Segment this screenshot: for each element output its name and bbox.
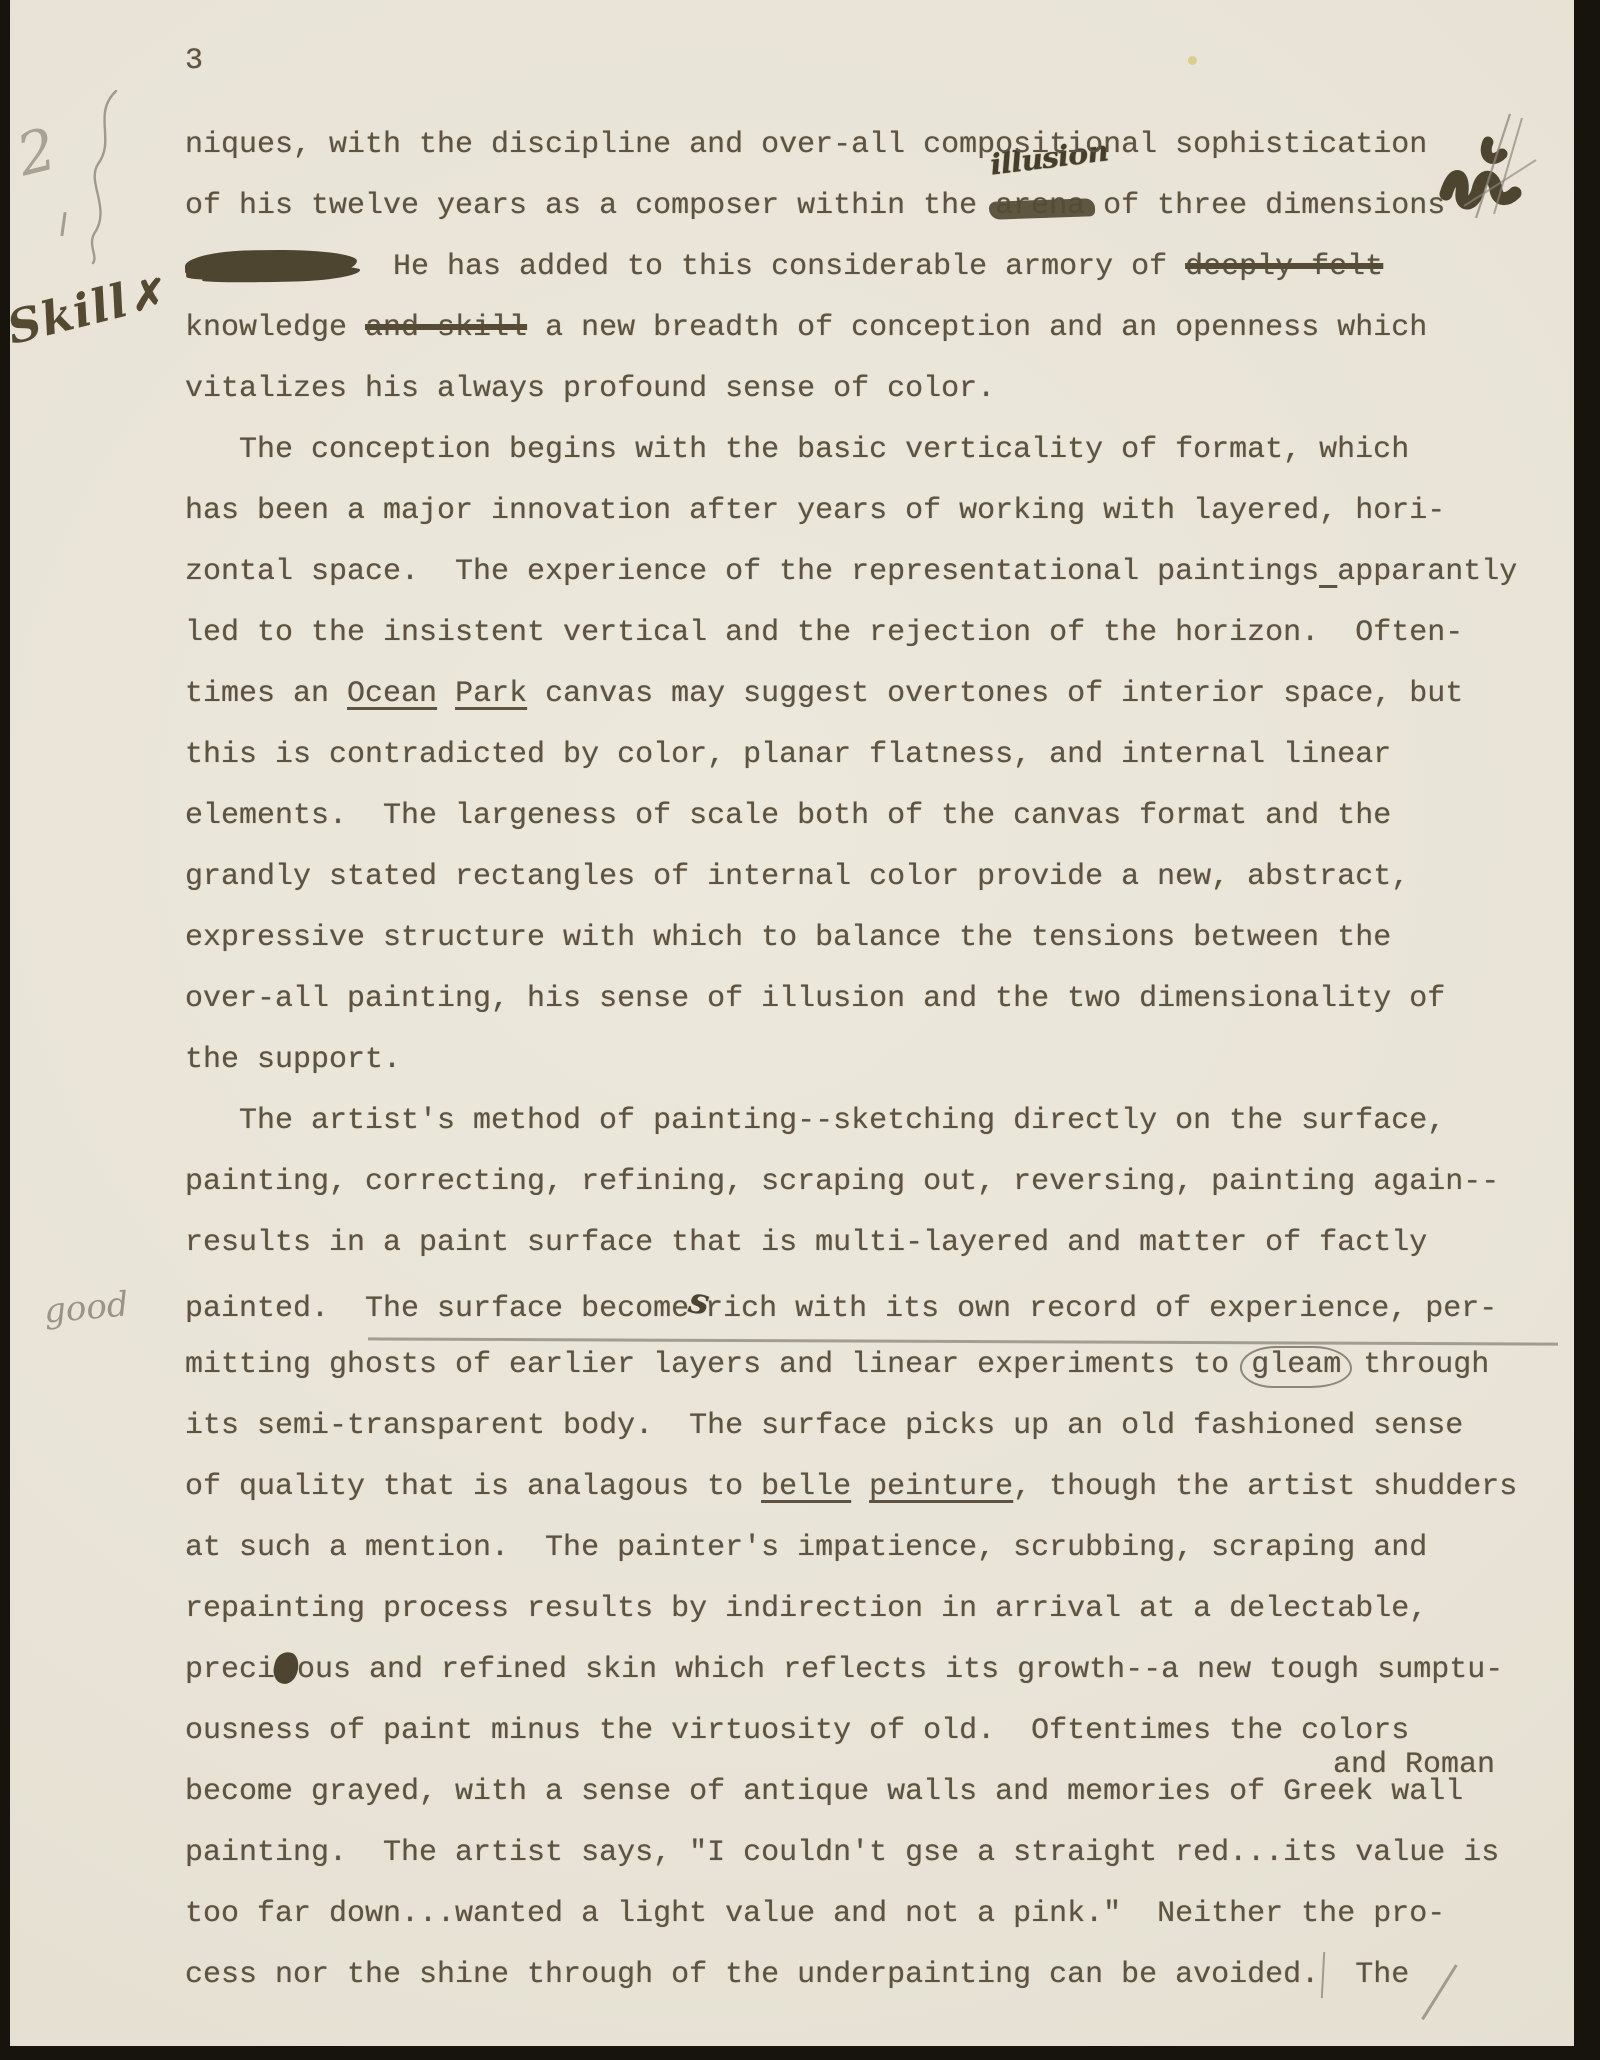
- typed-text: painting. The artist says, "I couldn't g…: [185, 1836, 1499, 1870]
- typed-line: niques, with the discipline and over-all…: [185, 115, 1517, 176]
- underlined-title: Ocean: [347, 677, 437, 711]
- underlined-term: belle: [761, 1470, 851, 1504]
- typed-text: preci: [185, 1653, 275, 1687]
- typed-line: repainting process results by indirectio…: [185, 1579, 1517, 1640]
- typed-text: times an: [185, 677, 347, 711]
- typed-text: this is contradicted by color, planar fl…: [185, 738, 1391, 772]
- typed-text: apparantly: [1337, 555, 1517, 589]
- cross-mark-icon: ✗: [129, 269, 169, 320]
- typed-text: cess nor the shine through of the underp…: [185, 1958, 1409, 1992]
- typed-line: of quality that is analagous to belle pe…: [185, 1457, 1517, 1518]
- typed-text: The artist's method of painting--sketchi…: [239, 1104, 1445, 1138]
- good-margin-note: good: [42, 1284, 130, 1331]
- pencil-brace-icon: [82, 88, 128, 266]
- typed-text: led to the insistent vertical and the re…: [185, 616, 1463, 650]
- typed-line: painting, correcting, refining, scraping…: [185, 1152, 1517, 1213]
- struck-phrase-deeply-felt: deeply felt: [1185, 250, 1383, 284]
- typed-text: elements. The largeness of scale both of…: [185, 799, 1391, 833]
- typed-text: ousness of paint minus the virtuosity of…: [185, 1714, 1409, 1748]
- typed-line: elements. The largeness of scale both of…: [185, 786, 1517, 847]
- typed-line: painted. The surface becomesrich with it…: [185, 1274, 1517, 1335]
- typed-text: [437, 677, 455, 711]
- typed-line: over-all painting, his sense of illusion…: [185, 969, 1517, 1030]
- underlined-title: Park: [455, 677, 527, 711]
- typed-text: painting, correcting, refining, scraping…: [185, 1165, 1499, 1199]
- typed-text: zontal space. The experience of the repr…: [185, 555, 1319, 589]
- typed-text: its semi-transparent body. The surface p…: [185, 1409, 1463, 1443]
- paper-stain: [1188, 56, 1197, 65]
- typed-line: of his twelve years as a composer within…: [185, 176, 1517, 237]
- underlined-term: peinture: [869, 1470, 1013, 1504]
- typed-text: , though the artist shudders: [1013, 1470, 1517, 1504]
- typed-line: expressive structure with which to balan…: [185, 908, 1517, 969]
- typed-text: He has added to this considerable armory…: [357, 250, 1185, 284]
- typed-lines: niques, with the discipline and over-all…: [185, 115, 1517, 2006]
- typed-text: niques, with the discipline and over-all…: [185, 128, 1427, 162]
- typed-line: mitting ghosts of earlier layers and lin…: [185, 1335, 1517, 1396]
- page-number: 3: [185, 44, 203, 78]
- typed-text: too far down...wanted a light value and …: [185, 1897, 1445, 1931]
- typed-line: its semi-transparent body. The surface p…: [185, 1396, 1517, 1457]
- typed-text: of his twelve years as a composer within…: [185, 189, 995, 223]
- scanned-manuscript-page: { "page": { "number": "3" }, "colors": {…: [0, 0, 1600, 2060]
- typed-text: a new breadth of conception and an openn…: [527, 311, 1427, 345]
- typed-text: painted. The surface become: [185, 1292, 689, 1326]
- typed-text: at such a mention. The painter's impatie…: [185, 1531, 1427, 1565]
- typed-line: too far down...wanted a light value and …: [185, 1884, 1517, 1945]
- typed-text: expressive structure with which to balan…: [185, 921, 1391, 955]
- typed-line: has been a major innovation after years …: [185, 481, 1517, 542]
- typed-line: at such a mention. The painter's impatie…: [185, 1518, 1517, 1579]
- typed-text: The conception begins with the basic ver…: [239, 433, 1409, 467]
- typed-text: become grayed, with a sense of antique w…: [185, 1775, 1463, 1809]
- typed-text: knowledge: [185, 311, 365, 345]
- typed-line: times an Ocean Park canvas may suggest o…: [185, 664, 1517, 725]
- typed-line: precious and refined skin which reflects…: [185, 1640, 1517, 1701]
- typed-line: cess nor the shine through of the underp…: [185, 1945, 1517, 2006]
- typed-line: become grayed, with a sense of antique w…: [185, 1762, 1517, 1823]
- typed-line: the support.: [185, 1030, 1517, 1091]
- typed-text: over-all painting, his sense of illusion…: [185, 982, 1445, 1016]
- typed-line: The artist's method of painting--sketchi…: [185, 1091, 1517, 1152]
- typed-text: ous and refined skin which reflects its …: [297, 1653, 1503, 1687]
- typed-line: led to the insistent vertical and the re…: [185, 603, 1517, 664]
- typed-line: vitalizes his always profound sense of c…: [185, 359, 1517, 420]
- typed-line: The conception begins with the basic ver…: [185, 420, 1517, 481]
- typed-text: rich with its own record of experience, …: [705, 1292, 1497, 1326]
- typed-text: [1319, 555, 1337, 589]
- typed-text: through: [1345, 1348, 1489, 1382]
- typed-line: He has added to this considerable armory…: [185, 237, 1517, 298]
- typed-text: vitalizes his always profound sense of c…: [185, 372, 995, 406]
- struck-phrase-and-skill: and skill: [365, 311, 527, 345]
- struck-word-arena: arena: [995, 189, 1085, 223]
- typed-text: grandly stated rectangles of internal co…: [185, 860, 1409, 894]
- typed-line: results in a paint surface that is multi…: [185, 1213, 1517, 1274]
- typed-text: of quality that is analagous to: [185, 1470, 761, 1504]
- typed-line: this is contradicted by color, planar fl…: [185, 725, 1517, 786]
- typed-text: repainting process results by indirectio…: [185, 1592, 1427, 1626]
- typed-text: [851, 1470, 869, 1504]
- inked-out-word: [185, 249, 357, 282]
- typed-line: painting. The artist says, "I couldn't g…: [185, 1823, 1517, 1884]
- circled-word-gleam: gleam: [1240, 1346, 1352, 1388]
- typed-text: mitting ghosts of earlier layers and lin…: [185, 1348, 1247, 1382]
- typed-text: of three dimensions: [1085, 189, 1445, 223]
- typed-line: zontal space. The experience of the repr…: [185, 542, 1517, 603]
- typed-line: grandly stated rectangles of internal co…: [185, 847, 1517, 908]
- typed-text: the support.: [185, 1043, 401, 1077]
- typed-text: results in a paint surface that is multi…: [185, 1226, 1427, 1260]
- typed-line: ousness of paint minus the virtuosity of…: [185, 1701, 1517, 1762]
- typed-text: has been a major innovation after years …: [185, 494, 1445, 528]
- typed-text: canvas may suggest overtones of interior…: [527, 677, 1463, 711]
- typed-line: knowledge and skill a new breadth of con…: [185, 298, 1517, 359]
